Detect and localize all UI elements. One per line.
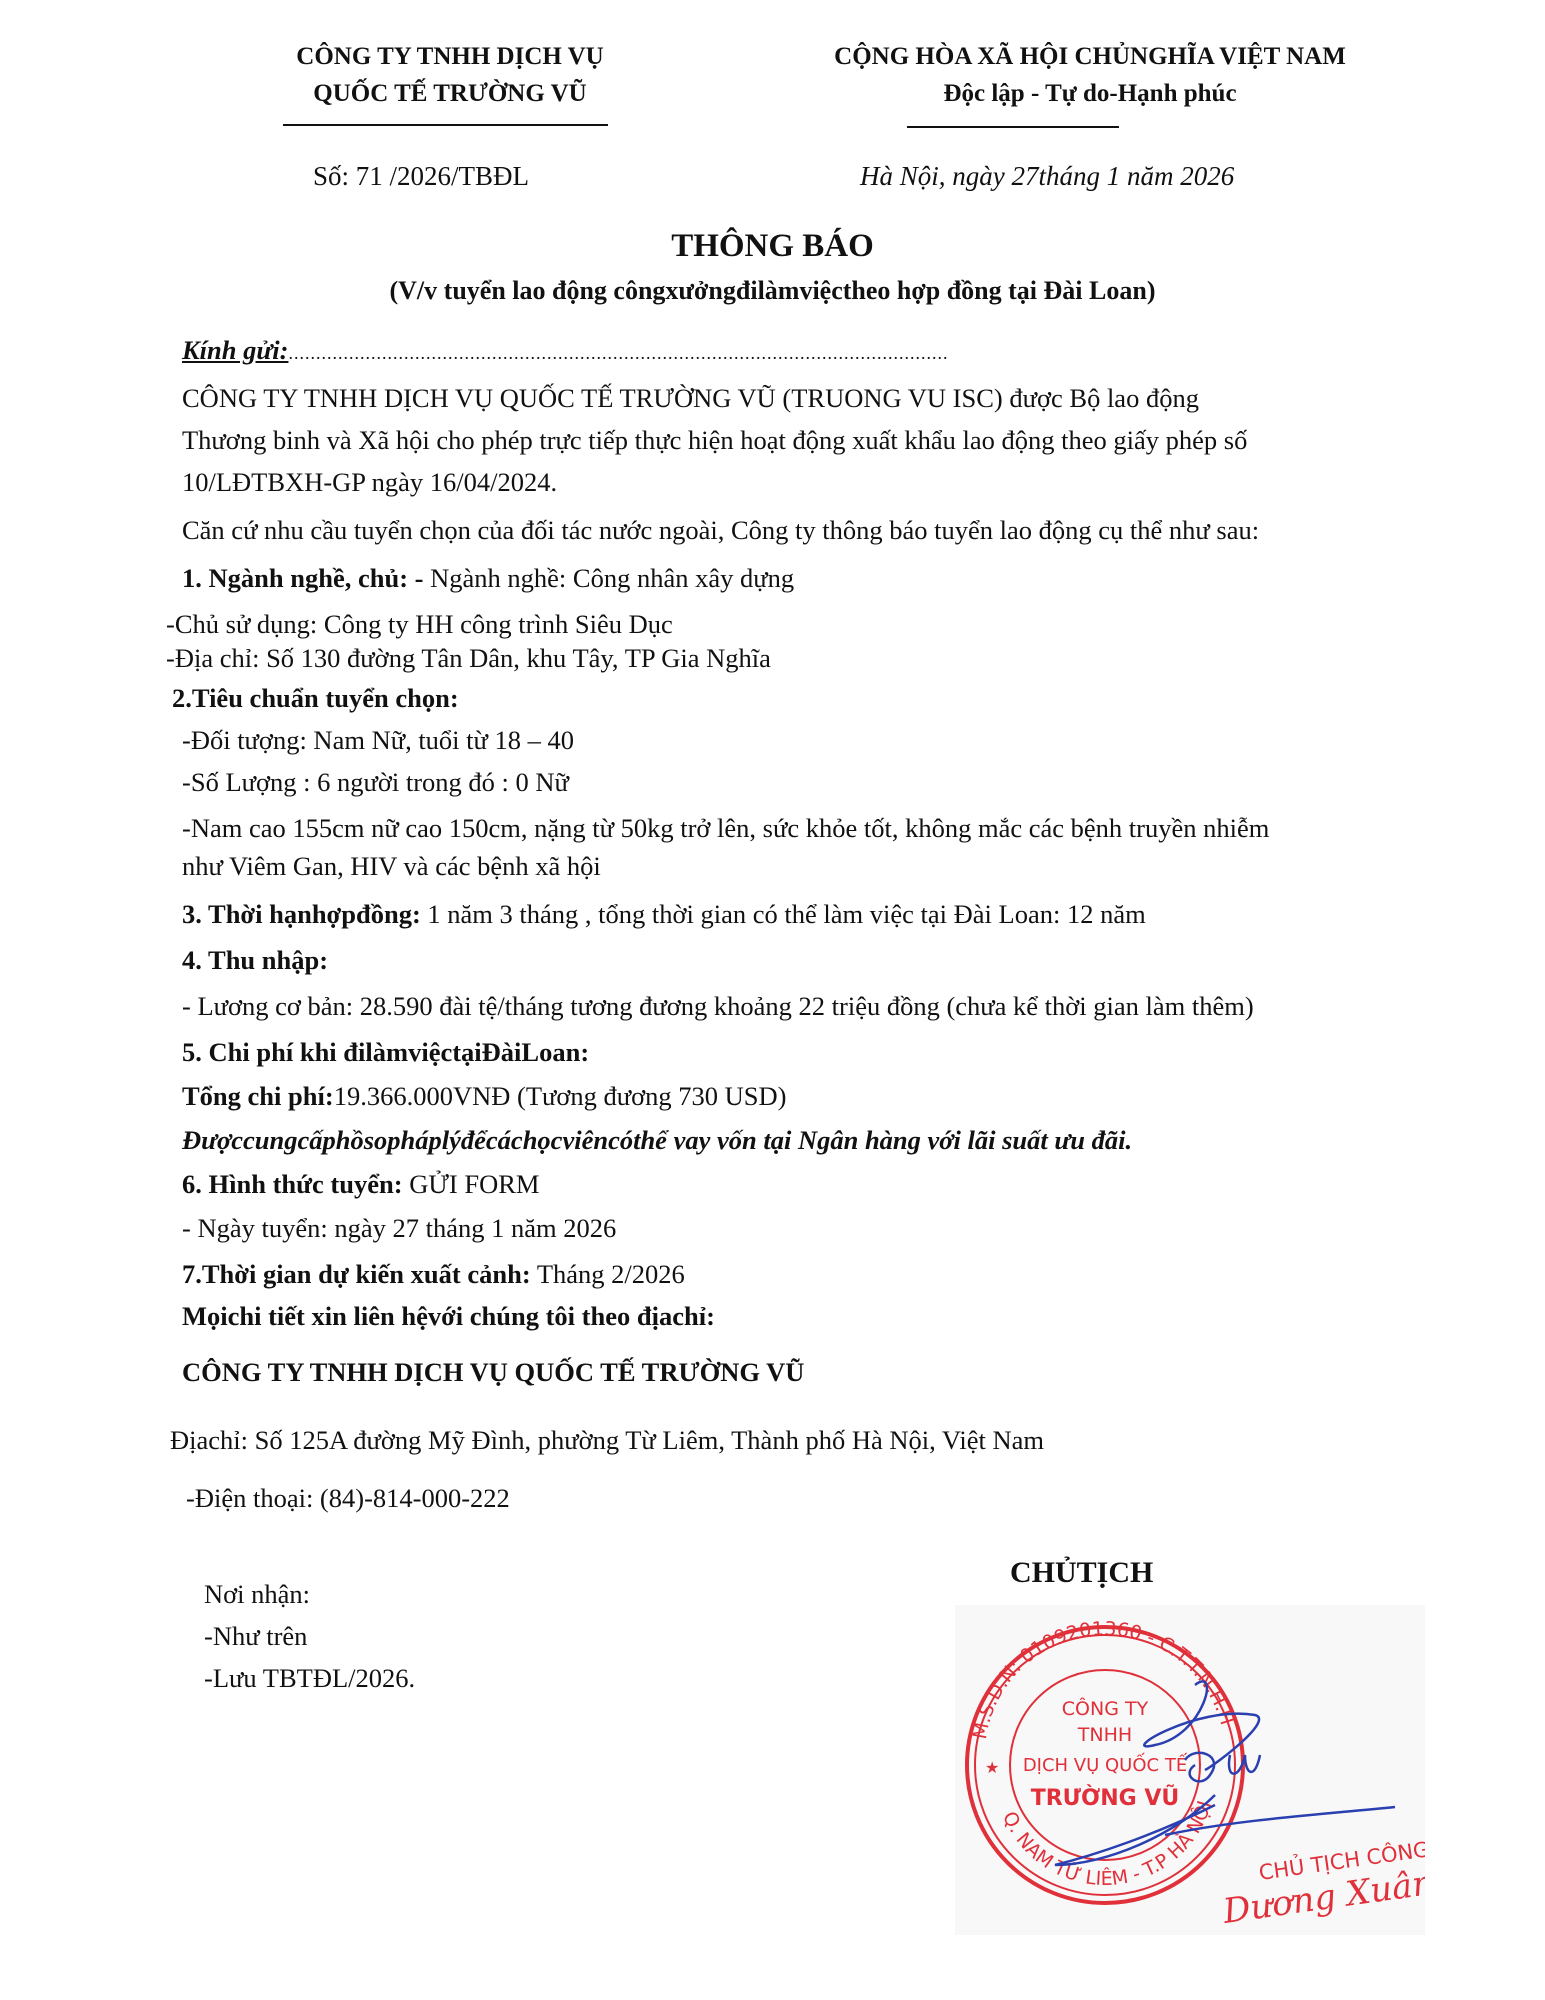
recipients-label: Nơi nhận:	[204, 1576, 310, 1612]
company-underline	[283, 124, 608, 126]
section-3-heading: 3. Thời hạnhợpđồng:	[182, 899, 421, 929]
section-2-health-line1: -Nam cao 155cm nữ cao 150cm, nặng từ 50k…	[182, 810, 1269, 846]
section-2-target: -Đối tượng: Nam Nữ, tuổi từ 18 – 40	[182, 722, 574, 758]
svg-text:TRƯỜNG VŨ: TRƯỜNG VŨ	[1031, 1785, 1180, 1811]
nation-motto-line2: Độc lập - Tự do-Hạnh phúc	[790, 75, 1390, 112]
contact-phone: -Điện thoại: (84)-814-000-222	[186, 1480, 510, 1516]
section-6-date: - Ngày tuyển: ngày 27 tháng 1 năm 2026	[182, 1210, 616, 1246]
section-2-health-line2: như Viêm Gan, HIV và các bệnh xã hội	[182, 848, 601, 884]
section-6-heading: 6. Hình thức tuyển:	[182, 1169, 403, 1199]
section-1-heading-line: 1. Ngành nghề, chủ: - Ngành nghề: Công n…	[182, 560, 794, 596]
section-5-loan-note: Đượccungcấphồsopháplýđểcáchọcviêncóthể v…	[182, 1122, 1132, 1158]
greeting-dots: ........................................…	[288, 343, 948, 363]
contact-address: Địachỉ: Số 125A đường Mỹ Đình, phường Từ…	[170, 1422, 1044, 1458]
section-7-line: 7.Thời gian dự kiến xuất cảnh: Tháng 2/2…	[182, 1256, 685, 1292]
section-4-heading: 4. Thu nhập:	[182, 942, 328, 978]
section-5-total-line: Tổng chi phí:19.366.000VNĐ (Tương đương …	[182, 1078, 786, 1114]
section-1-heading: 1. Ngành nghề, chủ: -	[182, 563, 424, 593]
greeting-label: Kính gửi:	[182, 335, 288, 365]
contact-intro: Mọichi tiết xin liên hệvới chúng tôi the…	[182, 1298, 715, 1334]
signature-title: CHỦTỊCH	[1010, 1556, 1153, 1590]
notice-subject: (V/v tuyển lao động côngxưởngđilàmviệcth…	[0, 276, 1545, 306]
section-2-heading: 2.Tiêu chuẩn tuyển chọn:	[172, 680, 459, 716]
section-6-text: GỬI FORM	[403, 1169, 540, 1199]
notice-title: THÔNG BÁO	[0, 228, 1545, 265]
company-name-line2: QUỐC TẾ TRƯỜNG VŨ	[240, 75, 660, 112]
company-seal-icon: M.S.D.N: 0109201360 - C.T.T.N.H.H Q. NAM…	[955, 1605, 1425, 1935]
intro-line1: CÔNG TY TNHH DỊCH VỤ QUỐC TẾ TRƯỜNG VŨ (…	[182, 380, 1199, 416]
company-name-line1: CÔNG TY TNHH DỊCH VỤ	[240, 38, 660, 75]
svg-text:CÔNG TY: CÔNG TY	[1062, 1696, 1149, 1720]
section-4-salary: - Lương cơ bản: 28.590 đài tệ/tháng tươn…	[182, 988, 1254, 1024]
section-7-heading: 7.Thời gian dự kiến xuất cảnh:	[182, 1259, 531, 1289]
intro-line2: Thương binh và Xã hội cho phép trực tiếp…	[182, 422, 1247, 458]
section-1-employer: -Chủ sử dụng: Công ty HH công trình Siêu…	[166, 606, 673, 642]
svg-text:TNHH: TNHH	[1077, 1724, 1132, 1746]
intro-line4: Căn cứ nhu cầu tuyển chọn của đối tác nư…	[182, 512, 1259, 548]
recipient-item: -Lưu TBTĐL/2026.	[204, 1660, 415, 1696]
section-3-line: 3. Thời hạnhợpđồng: 1 năm 3 tháng , tổng…	[182, 896, 1146, 932]
section-7-text: Tháng 2/2026	[531, 1259, 685, 1289]
recipient-item: -Như trên	[204, 1618, 307, 1654]
section-5-total-label: Tổng chi phí:	[182, 1081, 334, 1111]
section-6-line: 6. Hình thức tuyển: GỬI FORM	[182, 1166, 539, 1202]
greeting-line: Kính gửi:...............................…	[182, 332, 948, 371]
section-2-quantity: -Số Lượng : 6 người trong đó : 0 Nữ	[182, 764, 569, 800]
contact-company: CÔNG TY TNHH DỊCH VỤ QUỐC TẾ TRƯỜNG VŨ	[182, 1354, 804, 1390]
svg-text:M.S.D.N: 0109201360 - C.T.T.N.: M.S.D.N: 0109201360 - C.T.T.N.H.H	[969, 1618, 1238, 1741]
section-5-total-value: 19.366.000VNĐ (Tương đương 730 USD)	[334, 1081, 787, 1111]
signature-scan-area: M.S.D.N: 0109201360 - C.T.T.N.H.H Q. NAM…	[955, 1605, 1425, 1935]
nation-motto-line1: CỘNG HÒA XÃ HỘI CHỦNGHĨA VIỆT NAM	[790, 38, 1390, 75]
section-1-address: -Địa chỉ: Số 130 đường Tân Dân, khu Tây,…	[166, 640, 771, 676]
intro-line3: 10/LĐTBXH-GP ngày 16/04/2024.	[182, 464, 557, 500]
section-5-heading: 5. Chi phí khi đilàmviệctạiĐàiLoan:	[182, 1034, 589, 1070]
place-date: Hà Nội, ngày 27tháng 1 năm 2026	[860, 158, 1234, 194]
svg-text:★: ★	[985, 1760, 999, 1777]
motto-underline	[907, 126, 1119, 128]
section-1-occupation: Ngành nghề: Công nhân xây dựng	[424, 563, 795, 593]
document-number: Số: 71 /2026/TBĐL	[313, 158, 529, 194]
svg-text:DỊCH VỤ QUỐC TẾ: DỊCH VỤ QUỐC TẾ	[1023, 1752, 1188, 1776]
section-3-text: 1 năm 3 tháng , tổng thời gian có thể là…	[421, 899, 1146, 929]
